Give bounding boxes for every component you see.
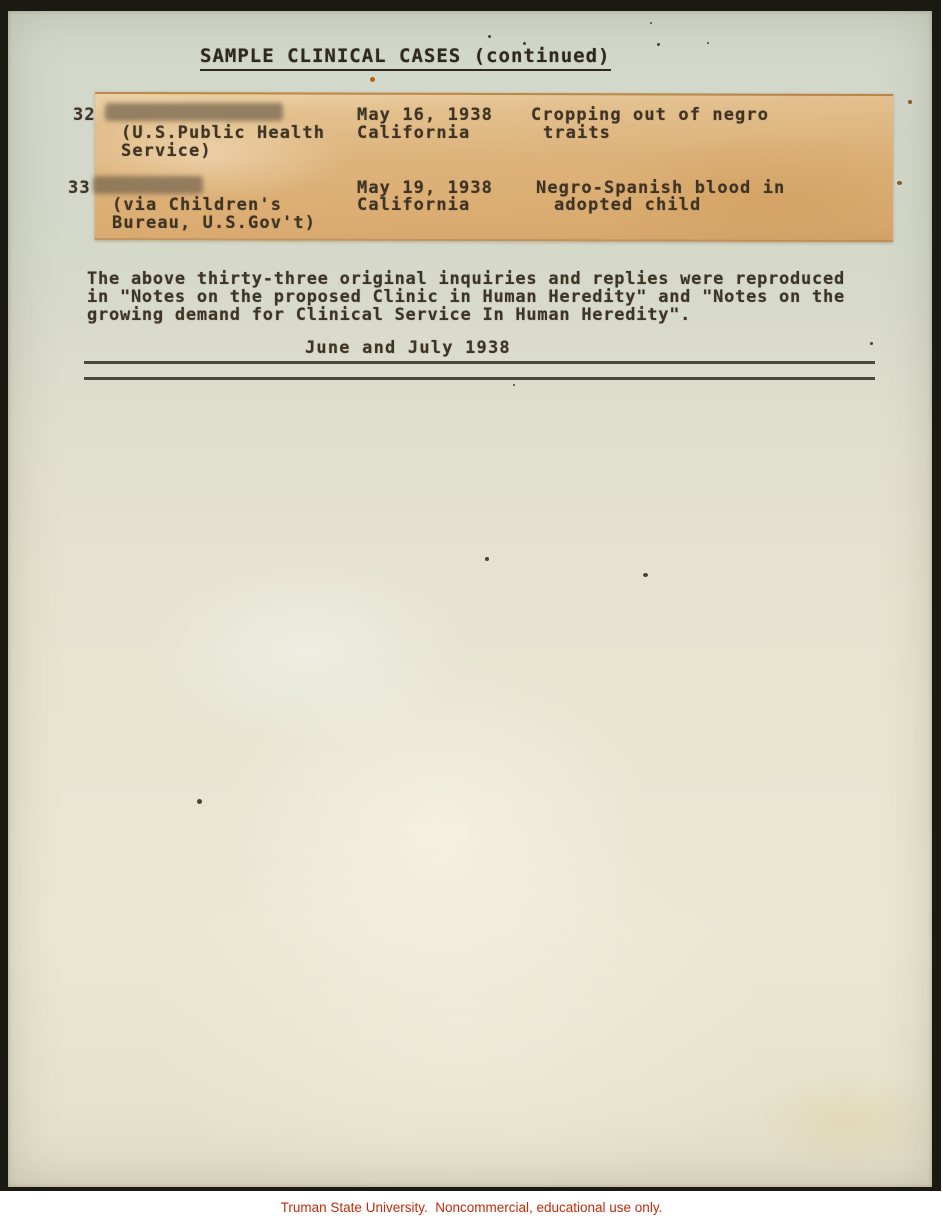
page-title: SAMPLE CLINICAL CASES (continued)	[200, 45, 611, 71]
redacted-name	[93, 176, 203, 194]
double-rule-divider	[84, 361, 875, 380]
entry-case-line: Cropping out of negro	[531, 106, 769, 124]
entry-place: California	[357, 196, 470, 214]
closing-paragraph: The above thirty-three original inquirie…	[87, 270, 845, 324]
entry-source-line: Bureau, U.S.Gov't)	[112, 214, 316, 232]
foxing-speck	[513, 384, 515, 386]
credit-text: Truman State University. Noncommercial, …	[281, 1200, 663, 1215]
entry-number: 32	[73, 106, 96, 124]
foxing-speck	[707, 42, 709, 44]
entry-source-line: (U.S.Public Health	[121, 124, 325, 142]
entry-place: California	[357, 124, 470, 142]
entry-case-line: adopted child	[554, 196, 701, 214]
entry-source-line: (via Children's	[112, 196, 282, 214]
foxing-speck	[485, 557, 489, 561]
foxing-speck	[650, 22, 652, 24]
entry-date: May 16, 1938	[357, 106, 493, 124]
paragraph-line: growing demand for Clinical Service In H…	[87, 306, 845, 324]
foxing-speck	[523, 42, 526, 45]
entry-number: 33	[68, 179, 91, 197]
foxing-speck	[370, 77, 375, 82]
paragraph-line: in "Notes on the proposed Clinic in Huma…	[87, 288, 845, 306]
credit-footer: Truman State University. Noncommercial, …	[0, 1191, 943, 1224]
foxing-speck	[870, 342, 873, 345]
foxing-speck	[897, 181, 902, 185]
date-line: June and July 1938	[305, 339, 511, 357]
document-scan: SAMPLE CLINICAL CASES (continued) 32 (U.…	[0, 0, 941, 1191]
entry-source-line: Service)	[121, 142, 212, 160]
foxing-speck	[197, 799, 202, 804]
foxing-speck	[488, 35, 491, 38]
redacted-name	[105, 103, 283, 121]
foxing-speck	[908, 100, 912, 104]
foxing-speck	[657, 43, 660, 46]
foxing-speck	[643, 573, 648, 577]
paragraph-line: The above thirty-three original inquirie…	[87, 270, 845, 288]
entry-case-line: traits	[543, 124, 611, 142]
